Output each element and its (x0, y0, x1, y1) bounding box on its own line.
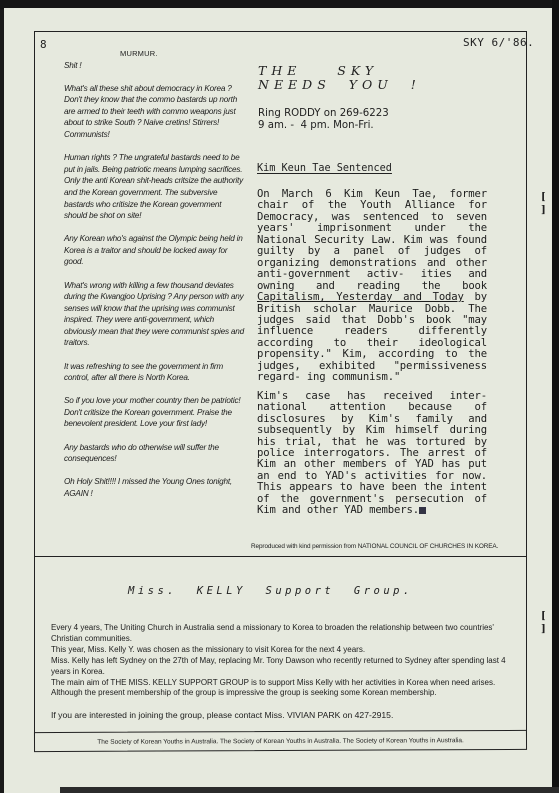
support-group-line: The main aim of THE MISS. KELLY SUPPORT … (51, 678, 521, 689)
footer-banner: The Society of Korean Youths in Australi… (34, 730, 527, 752)
article-paragraph-2: Kim's case has received inter- national … (257, 391, 487, 517)
support-group-contact: If you are interested in joining the gro… (51, 710, 521, 721)
scan-edge-bottom (60, 787, 559, 793)
page-number: 8 (40, 38, 47, 51)
sky-needs-you-headline: THE SKY NEEDS YOU ! (258, 64, 421, 92)
article-body: On March 6 Kim Keun Tae, former chair of… (257, 189, 487, 524)
advert-contact: Ring RODDY on 269-6223 9 am. - 4 pm. Mon… (258, 108, 389, 132)
reproduction-credit: Reproduced with kind permission from NAT… (251, 543, 521, 550)
murmur-paragraph: So if you love your mother country then … (64, 395, 244, 430)
support-group-line: Every 4 years, The Uniting Church in Aus… (51, 623, 521, 645)
article-paragraph-1: On March 6 Kim Keun Tae, former chair of… (257, 189, 487, 384)
support-group-line: Although the present membership of the g… (51, 688, 521, 699)
support-group-body: Every 4 years, The Uniting Church in Aus… (51, 623, 521, 721)
murmur-column: MURMUR. Shit ! What's all these shit abo… (64, 48, 244, 511)
scan-edge-right (552, 0, 559, 793)
open-bracket-icon: [ (541, 610, 546, 623)
footer-text: The Society of Korean Youths in Australi… (97, 737, 464, 746)
murmur-title: MURMUR. (64, 48, 244, 60)
murmur-paragraph: What's all these shit about democracy in… (64, 83, 244, 141)
close-bracket-icon: ] (541, 623, 546, 636)
support-group-line: This year, Miss. Kelly Y. was chosen as … (51, 645, 521, 656)
article-text: Kim's case has received inter- national … (257, 390, 487, 517)
margin-bracket-marks: [ ] (541, 610, 546, 636)
issue-label: SKY 6/'86. (463, 36, 534, 49)
contact-line-1: Ring RODDY on 269-6223 (258, 108, 389, 119)
article-text: by British scholar Maurice Dobb. The jud… (257, 291, 487, 383)
article-text: On March 6 Kim Keun Tae, former chair of… (257, 188, 487, 292)
murmur-paragraph: It was refreshing to see the government … (64, 361, 244, 384)
murmur-paragraph: Human rights ? The ungrateful bastards n… (64, 152, 244, 222)
headline-line-1: THE SKY (258, 63, 378, 78)
book-title: Capitalism, Yesterday and Today (257, 291, 464, 303)
margin-bracket-marks: [ ] (541, 191, 546, 217)
support-group-line: Miss. Kelly has left Sydney on the 27th … (51, 656, 521, 678)
open-bracket-icon: [ (541, 191, 546, 204)
contact-line-2: 9 am. - 4 pm. Mon-Fri. (258, 120, 374, 131)
article-heading: Kim Keun Tae Sentenced (257, 163, 392, 174)
murmur-paragraph: Shit ! (64, 60, 244, 72)
headline-line-2: NEEDS YOU ! (258, 77, 421, 92)
murmur-paragraph: Any bastards who do otherwise will suffe… (64, 442, 244, 465)
end-mark-icon (419, 507, 426, 514)
support-group-title: Miss. KELLY Support Group. (128, 585, 413, 597)
murmur-paragraph: Any Korean who's against the Olympic bei… (64, 233, 244, 268)
murmur-paragraph: Oh Holy Shit!!!! I missed the Young Ones… (64, 476, 244, 499)
murmur-paragraph: What's wrong with killing a few thousand… (64, 280, 244, 350)
close-bracket-icon: ] (541, 204, 546, 217)
